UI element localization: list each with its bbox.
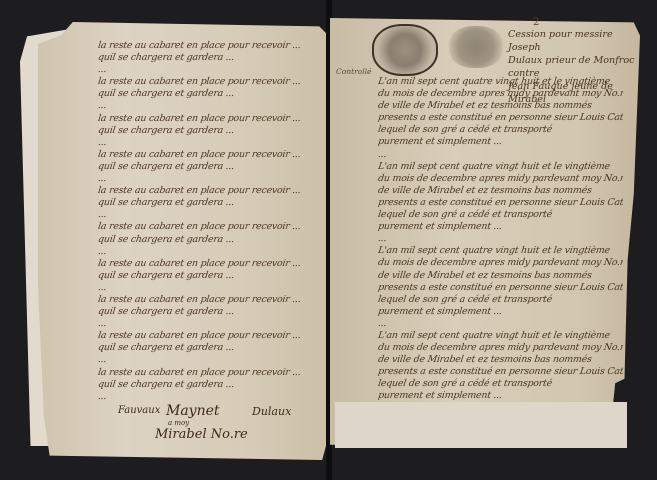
manuscript-line: presents a este constitué en personne si… xyxy=(378,197,623,209)
signature: Dulaux xyxy=(252,405,291,418)
manuscript-line: de ville de Mirabel et ez tesmoins bas n… xyxy=(378,100,623,112)
page-number: 2 xyxy=(533,17,539,28)
heading-line: Cession pour messire Joseph xyxy=(508,28,640,54)
manuscript-line: quil se chargera et gardera ... xyxy=(98,270,326,282)
manuscript-line: purement et simplement ... xyxy=(378,221,623,233)
manuscript-line: du mois de decembre apres midy pardevant… xyxy=(378,342,623,354)
manuscript-line: la reste au cabaret en place pour recevo… xyxy=(98,221,326,233)
manuscript-line: ... xyxy=(98,64,326,76)
manuscript-line: la reste au cabaret en place pour recevo… xyxy=(98,294,326,306)
manuscript-line: la reste au cabaret en place pour recevo… xyxy=(98,185,326,197)
manuscript-line: lequel de son gré a cédé et transporté xyxy=(378,124,623,136)
manuscript-line: ... xyxy=(98,246,326,258)
signature: Fauvaux xyxy=(118,405,160,416)
manuscript-line: L'an mil sept cent quatre vingt huit et … xyxy=(378,330,623,342)
manuscript-line: presents a este constitué en personne si… xyxy=(378,366,623,378)
manuscript-line: la reste au cabaret en place pour recevo… xyxy=(98,330,326,342)
manuscript-line: L'an mil sept cent quatre vingt huit et … xyxy=(378,161,623,173)
manuscript-line: ... xyxy=(98,391,326,403)
manuscript-line: L'an mil sept cent quatre vingt huit et … xyxy=(378,76,623,88)
manuscript-line: la reste au cabaret en place pour recevo… xyxy=(98,76,326,88)
manuscript-line: la reste au cabaret en place pour recevo… xyxy=(98,258,326,270)
manuscript-line: quil se chargera et gardera ... xyxy=(98,234,326,246)
signature: Maynet xyxy=(166,403,220,419)
seal-stamp-fleur-de-lis-icon xyxy=(448,26,504,68)
manuscript-line: de ville de Mirabel et ez tesmoins bas n… xyxy=(378,185,623,197)
manuscript-line: presents a este constitué en personne si… xyxy=(378,282,623,294)
manuscript-line: ... xyxy=(98,173,326,185)
manuscript-line: presents a este constitué en personne si… xyxy=(378,112,623,124)
manuscript-line: ... xyxy=(98,209,326,221)
manuscript-line: du mois de decembre apres midy pardevant… xyxy=(378,173,623,185)
manuscript-line: ... xyxy=(98,318,326,330)
manuscript-line: ... xyxy=(378,149,623,161)
manuscript-line: quil se chargera et gardera ... xyxy=(98,88,326,100)
manuscript-line: de ville de Mirabel et ez tesmoins bas n… xyxy=(378,270,623,282)
manuscript-line: ... xyxy=(378,318,623,330)
manuscript-line: la reste au cabaret en place pour recevo… xyxy=(98,40,326,52)
right-page-text: L'an mil sept cent quatre vingt huit et … xyxy=(378,76,623,403)
manuscript-line: ... xyxy=(378,233,623,245)
manuscript-line: purement et simplement ... xyxy=(378,306,623,318)
manuscript-line: quil se chargera et gardera ... xyxy=(98,342,326,354)
manuscript-line: la reste au cabaret en place pour recevo… xyxy=(98,367,326,379)
manuscript-line: quil se chargera et gardera ... xyxy=(98,125,326,137)
manuscript-line: du mois de decembre apres midy pardevant… xyxy=(378,257,623,269)
manuscript-line: du mois de decembre apres midy pardevant… xyxy=(378,88,623,100)
manuscript-line: ... xyxy=(98,354,326,366)
signature-note: a moy xyxy=(168,419,189,427)
manuscript-line: lequel de son gré a cédé et transporté xyxy=(378,378,623,390)
manuscript-line: purement et simplement ... xyxy=(378,136,623,148)
manuscript-line: la reste au cabaret en place pour recevo… xyxy=(98,113,326,125)
manuscript-line: quil se chargera et gardera ... xyxy=(98,306,326,318)
manuscript-line: ... xyxy=(98,282,326,294)
manuscript-line: de ville de Mirabel et ez tesmoins bas n… xyxy=(378,354,623,366)
manuscript-line: L'an mil sept cent quatre vingt huit et … xyxy=(378,245,623,257)
manuscript-line: quil se chargera et gardera ... xyxy=(98,161,326,173)
manuscript-line: purement et simplement ... xyxy=(378,390,623,402)
manuscript-line: ... xyxy=(98,100,326,112)
manuscript-line: ... xyxy=(98,137,326,149)
margin-note: Controllé xyxy=(336,67,371,76)
manuscript-line: lequel de son gré a cédé et transporté xyxy=(378,209,623,221)
manuscript-line: quil se chargera et gardera ... xyxy=(98,379,326,391)
seal-stamp-coat-of-arms-icon xyxy=(372,24,438,76)
manuscript-line: la reste au cabaret en place pour recevo… xyxy=(98,149,326,161)
notary-signature: Mirabel No.re xyxy=(155,427,248,442)
left-page-text: la reste au cabaret en place pour recevo… xyxy=(98,40,326,403)
manuscript-line: lequel de son gré a cédé et transporté xyxy=(378,294,623,306)
manuscript-line: quil se chargera et gardera ... xyxy=(98,197,326,209)
bottom-paper-strip xyxy=(335,402,627,448)
manuscript-line: quil se chargera et gardera ... xyxy=(98,52,326,64)
